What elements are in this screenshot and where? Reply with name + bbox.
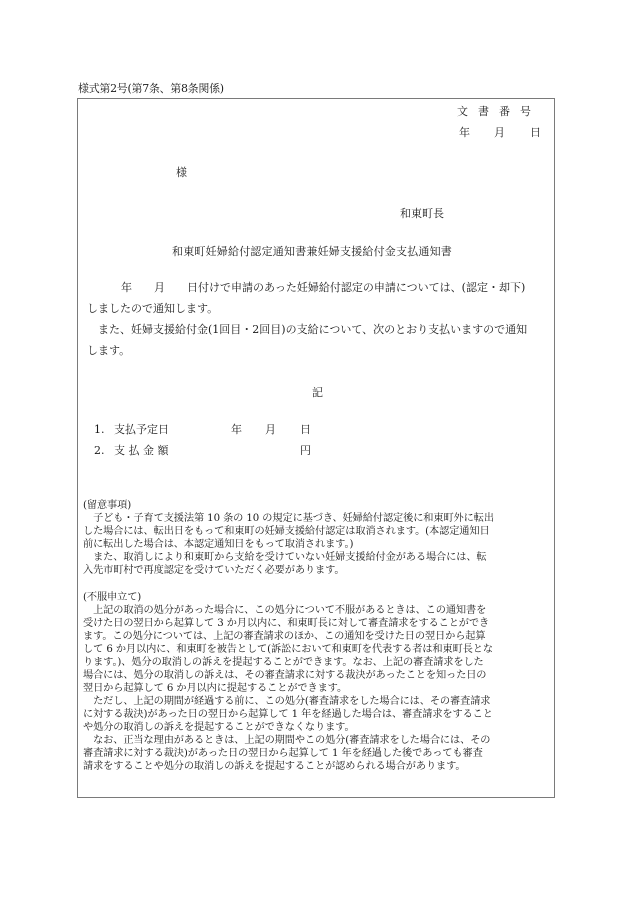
notes-line: また、取消しにより和東町から支給を受けていない妊婦支援給付金がある場合には、転: [83, 551, 549, 564]
item-payment-date: 1. 支払予定日: [94, 421, 169, 437]
notes-heading: (留意事項): [83, 499, 549, 512]
date-year: 年: [459, 124, 470, 140]
appeal-line: 請求をすることや処分の取消しの訴えを提起することが認められる場合があります。: [83, 760, 549, 773]
document-title: 和東町妊婦給付認定通知書兼妊婦支援給付金支払通知書: [172, 243, 452, 259]
appeal-line: 上記の取消の処分があった場合に、この処分について不服があるときは、この通知書を: [83, 604, 549, 617]
appeal-line: 受けた日の翌日から起算して 3 か月以内に、和東町長に対して審査請求をすることが…: [83, 617, 549, 630]
document-number-label: 文書番号: [457, 103, 541, 119]
body-paragraph-2-line-1: また、妊婦支援給付金(1回目・2回目)の支給について、次のとおり支払いますので通…: [87, 319, 527, 340]
appeal-line: 審査請求に対する裁決)があった日の翌日から起算して 1 年を経過した後であっても…: [83, 747, 549, 760]
appeal-line: ます。この処分については、上記の審査請求のほか、この通知を受けた日の翌日から起算: [83, 630, 549, 643]
notes-line: 子ども・子育て支援法第 10 条の 10 の規定に基づき、妊婦給付認定後に和東町…: [83, 512, 549, 525]
item-payment-amount: 2. 支 払 金 額: [94, 442, 169, 458]
issuer-name: 和東町長: [400, 205, 444, 221]
item-number: 1.: [94, 423, 105, 436]
item-label: 支払予定日: [114, 423, 169, 436]
notes-line: 入先市町村で再度認定を受けていただく必要があります。: [83, 564, 549, 577]
payment-day: 日: [300, 421, 311, 437]
ki-heading: 記: [312, 384, 323, 400]
body-year: 年: [121, 281, 132, 294]
appeal-line: ります。)、処分の取消しの訴えを提起することができます。なお、上記の審査請求をし…: [83, 656, 549, 669]
amount-unit: 円: [300, 442, 311, 458]
body-paragraph-1-line-2: しましたので通知します。: [87, 298, 218, 319]
payment-month: 月: [265, 421, 276, 437]
addressee-suffix: 様: [176, 164, 187, 180]
body-month: 月: [154, 281, 165, 294]
date-month: 月: [494, 124, 505, 140]
appeal-line: して 6 か月以内に、和東町を被告として(訴訟において和東町を代表する者は和東町…: [83, 643, 549, 656]
form-label: 様式第2号(第7条、第8条関係): [78, 80, 224, 96]
body-paragraph-2-line-2: します。: [87, 340, 130, 361]
appeal-line: 場合には、処分の取消しの訴えは、その審査請求に対する裁決があったことを知った日の: [83, 669, 549, 682]
appeal-line: ただし、上記の期間が経過する前に、この処分(審査請求をした場合には、その審査請求: [83, 695, 549, 708]
date-day: 日: [530, 124, 541, 140]
appeal-line: なお、正当な理由があるときは、上記の期間やこの処分(審査請求をした場合には、その: [83, 734, 549, 747]
payment-year: 年: [231, 421, 242, 437]
appeal-line: 翌日から起算して 6 か月以内に提起することができます。: [83, 682, 549, 695]
item-number: 2.: [94, 444, 105, 457]
appeal-line: や処分の取消しの訴えを提起することができなくなります。: [83, 721, 549, 734]
item-label: 支 払 金 額: [114, 444, 169, 457]
notes-line: 前に転出した場合は、本認定通知日をもって取消されます。): [83, 538, 549, 551]
appeal-line: に対する裁決)があった日の翌日から起算して 1 年を経過した場合は、審査請求をす…: [83, 708, 549, 721]
appeal-heading: (不服申立て): [83, 591, 549, 604]
body-rest: 日付けで申請のあった妊婦給付認定の申請については、(認定・却下): [187, 281, 525, 294]
notes-line: した場合には、転出日をもって和東町の妊婦支援給付認定は取消されます。(本認定通知…: [83, 525, 549, 538]
body-paragraph-1-line-1: 年月日付けで申請のあった妊婦給付認定の申請については、(認定・却下): [87, 277, 525, 298]
